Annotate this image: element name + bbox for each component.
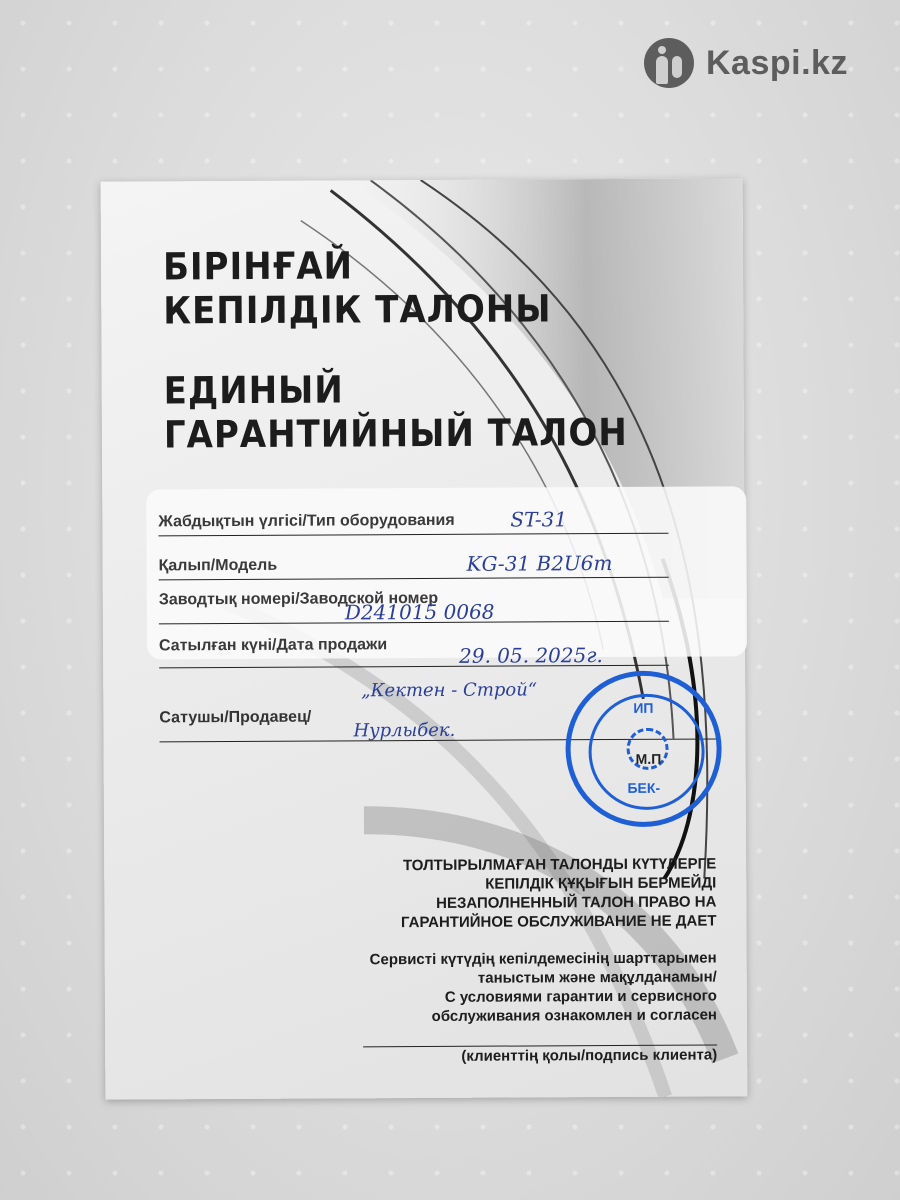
stamp-mark: М.П — [636, 751, 662, 767]
warning-text: ТОЛТЫРЫЛМАҒАН ТАЛОНДЫ КҮТҮЛЕРГЕ КЕПІЛДІК… — [401, 854, 717, 932]
field-sale-date: Сатылған күні/Дата продажи 29. 05. 2025г… — [159, 633, 669, 669]
title-kazakh: БІРІНҒАЙ КЕПІЛДІК ТАЛОНЫ — [163, 243, 552, 333]
kaspi-logo-icon — [644, 38, 694, 88]
seller-signature: Нурлыбек. — [353, 720, 455, 742]
agreement-text: Сервисті күтүдің кепілдемесінің шарттары… — [370, 948, 717, 1026]
handwritten-value: D241015 0068 — [345, 600, 495, 625]
warranty-booklet: БІРІНҒАЙ КЕПІЛДІК ТАЛОНЫ ЕДИНЫЙ ГАРАНТИЙ… — [101, 178, 748, 1099]
signature-caption: (клиенттің қолы/подпись клиента) — [461, 1046, 717, 1064]
watermark-text: Kaspi.kz — [706, 44, 848, 83]
handwritten-value: ST-31 — [510, 507, 567, 531]
seller-label: Сатушы/Продавец/ — [159, 709, 311, 728]
title-russian: ЕДИНЫЙ ГАРАНТИЙНЫЙ ТАЛОН — [164, 367, 628, 457]
handwritten-value: KG-31 B2U6m — [467, 551, 613, 576]
field-serial-number: Заводтық номері/Заводской номер D241015 … — [159, 589, 669, 625]
handwritten-value: 29. 05. 2025г. — [459, 643, 603, 668]
field-model: Қалып/Модель KG-31 B2U6m — [159, 545, 669, 581]
seller-name: „Кектен - Строй“ — [361, 679, 537, 701]
kaspi-watermark: Kaspi.kz — [644, 38, 848, 88]
seller-stamp: ИП БЕК- — [565, 670, 722, 827]
field-equipment-type: Жабдықтын үлгісі/Тип оборудования ST-31 — [158, 501, 668, 537]
